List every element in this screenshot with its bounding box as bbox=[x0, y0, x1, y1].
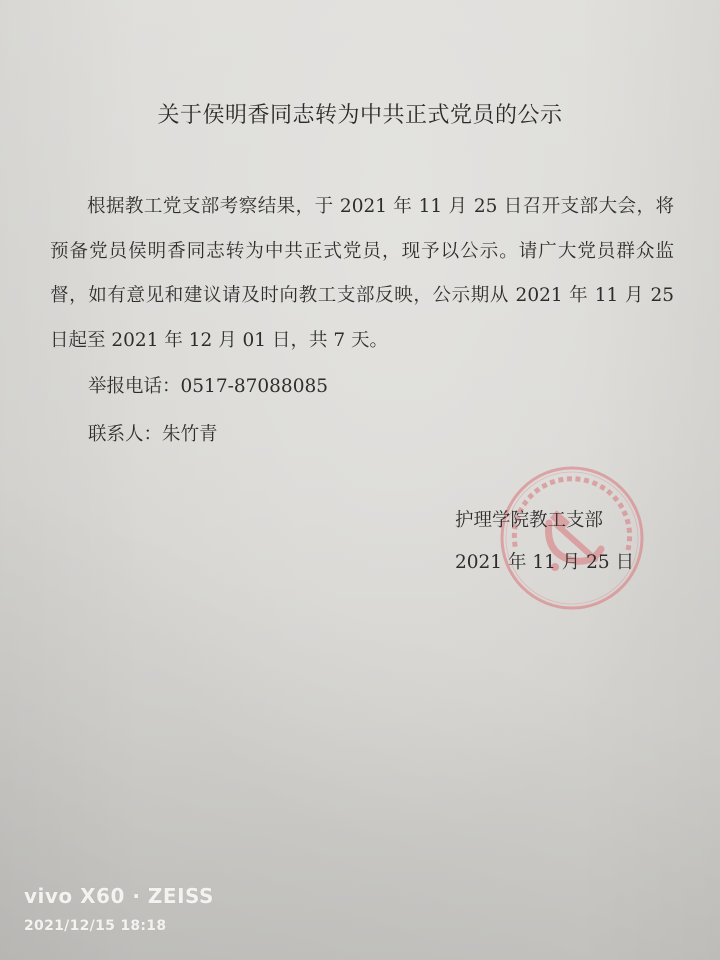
signature-organization: 护理学院教工支部 bbox=[455, 506, 603, 532]
announcement-paragraph: 根据教工党支部考察结果，于 2021 年 11 月 25 日召开支部大会，将预备… bbox=[50, 185, 674, 363]
contact-label: 联系人： bbox=[88, 424, 162, 445]
camera-timestamp-watermark: 2021/12/15 18:18 bbox=[24, 918, 166, 934]
report-phone-line: 举报电话：0517-87088085 bbox=[88, 372, 328, 398]
contact-line: 联系人：朱竹青 bbox=[88, 420, 218, 446]
contact-name: 朱竹青 bbox=[162, 424, 218, 445]
signature-date: 2021 年 11 月 25 日 bbox=[455, 548, 634, 574]
report-phone-label: 举报电话： bbox=[88, 376, 181, 397]
camera-brand-watermark: vivo X60 · ZEISS bbox=[24, 884, 214, 908]
report-phone-number: 0517-87088085 bbox=[181, 376, 329, 397]
party-seal-icon: ▪▪▪▪▪▪▪▪▪▪▪▪▪▪▪▪▪▪▪▪▪▪▪▪ bbox=[497, 463, 647, 613]
document-title: 关于侯明香同志转为中共正式党员的公示 bbox=[0, 98, 720, 129]
